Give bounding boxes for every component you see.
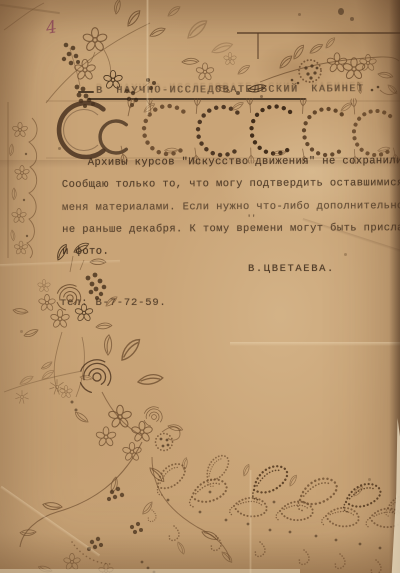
stain <box>298 13 301 16</box>
stain <box>20 330 23 333</box>
bottom-edge-backing <box>0 569 300 573</box>
header-underline <box>88 98 306 100</box>
body-line-4: не раньше декабря. К тому времени могут … <box>62 217 400 241</box>
contact-line: тел: В-7-72-59. <box>60 297 167 309</box>
letter-sheet: 4 <box>0 0 400 573</box>
signature: В.ЦВЕТАЕВА. <box>248 263 335 275</box>
paper-crease <box>230 342 400 346</box>
ink-spot <box>338 8 344 15</box>
body-line-2: Сообщаю только то, что могу подтвердить … <box>62 172 400 196</box>
header-left-dash <box>78 91 94 93</box>
body-line-5: и фото. <box>62 239 400 263</box>
stain <box>368 478 371 481</box>
paisley-garland-ornament <box>140 440 400 573</box>
paper-crease <box>249 470 252 573</box>
body-line-1: Архивы курсов "Искусство движения" не со… <box>88 150 400 174</box>
body-line-3: меня материалами. Если нужно что-либо до… <box>62 195 400 219</box>
handwritten-correction-mark: '' <box>247 215 256 223</box>
stain <box>58 147 61 150</box>
paper-crease <box>0 4 60 14</box>
left-border-ornament <box>0 96 52 272</box>
ink-spot <box>350 17 354 21</box>
rose-bouquet-ornament <box>0 240 312 573</box>
letter-body: Архивы курсов "Искусство движения" не со… <box>62 150 400 263</box>
recipient-header: В НАУЧНО-ИССЛЕДОВАТЕЛЬСКИЙ КАБИНЕТ <box>96 84 365 97</box>
paper-crease <box>0 486 100 557</box>
page-number: 4 <box>44 17 58 39</box>
